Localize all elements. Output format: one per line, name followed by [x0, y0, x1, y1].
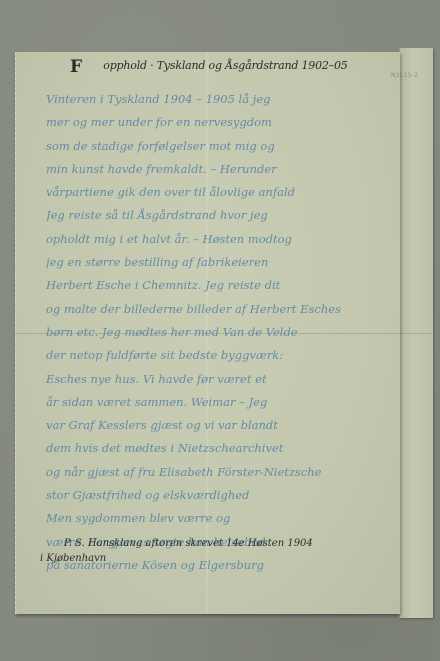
body-line: opholdt mig i et halvt år. – Høsten modt… [46, 228, 396, 251]
body-line: og malte der billederne billeder af Herb… [46, 298, 396, 321]
body-line: og når gjæst af fru Elisabeth Förster-Ni… [46, 461, 396, 484]
body-line: min kunst havde fremkaldt. – Herunder [46, 158, 396, 181]
page-header: F opphold · Tyskland og Åsgårdstrand 190… [70, 54, 410, 74]
body-line: Vinteren i Tyskland 1904 – 1905 lå jeg [46, 88, 396, 111]
postscript: P. S. Hansklang aftoren skrevet 14e Høst… [40, 536, 380, 566]
archive-number: N3115-2 [391, 72, 418, 79]
body-line: Men sygdommen blev værre og [46, 507, 396, 530]
body-line: jeg en større bestilling af fabrikeieren [46, 251, 396, 274]
handwritten-body: Vinteren i Tyskland 1904 – 1905 lå jeg m… [46, 88, 396, 577]
section-mark: F [70, 57, 100, 77]
body-line: Herbert Esche i Chemnitz. Jeg reiste dit [46, 274, 396, 297]
body-line: år sidan været sammen. Weimar – Jeg [46, 391, 396, 414]
body-line: vårpartiene gik den over til ålovlige an… [46, 181, 396, 204]
body-line: stor Gjæstfrihed og elskværdighed [46, 484, 396, 507]
body-line: Esches nye hus. Vi havde før været et [46, 368, 396, 391]
body-line: Jeg reiste så til Åsgårdstrand hvor jeg [46, 204, 396, 227]
postscript-line: P. S. Hansklang aftoren skrevet 14e Høst… [40, 536, 380, 551]
body-line: dem hvis det mødtes i Nietzschearchivet [46, 437, 396, 460]
body-line: der netop fuldførte sit bedste byggværk: [46, 344, 396, 367]
header-title: opphold · Tyskland og Åsgårdstrand 1902–… [103, 59, 347, 72]
body-line: mer og mer under for en nervesygdom [46, 111, 396, 134]
body-line: som de stadige forfølgelser mot mig og [46, 135, 396, 158]
body-line: var Graf Kesslers gjæst og vi var blandt [46, 414, 396, 437]
postscript-line: i Kjøbenhavn [40, 551, 380, 566]
body-line: børn etc. Jeg mødtes her med Van de Veld… [46, 321, 396, 344]
